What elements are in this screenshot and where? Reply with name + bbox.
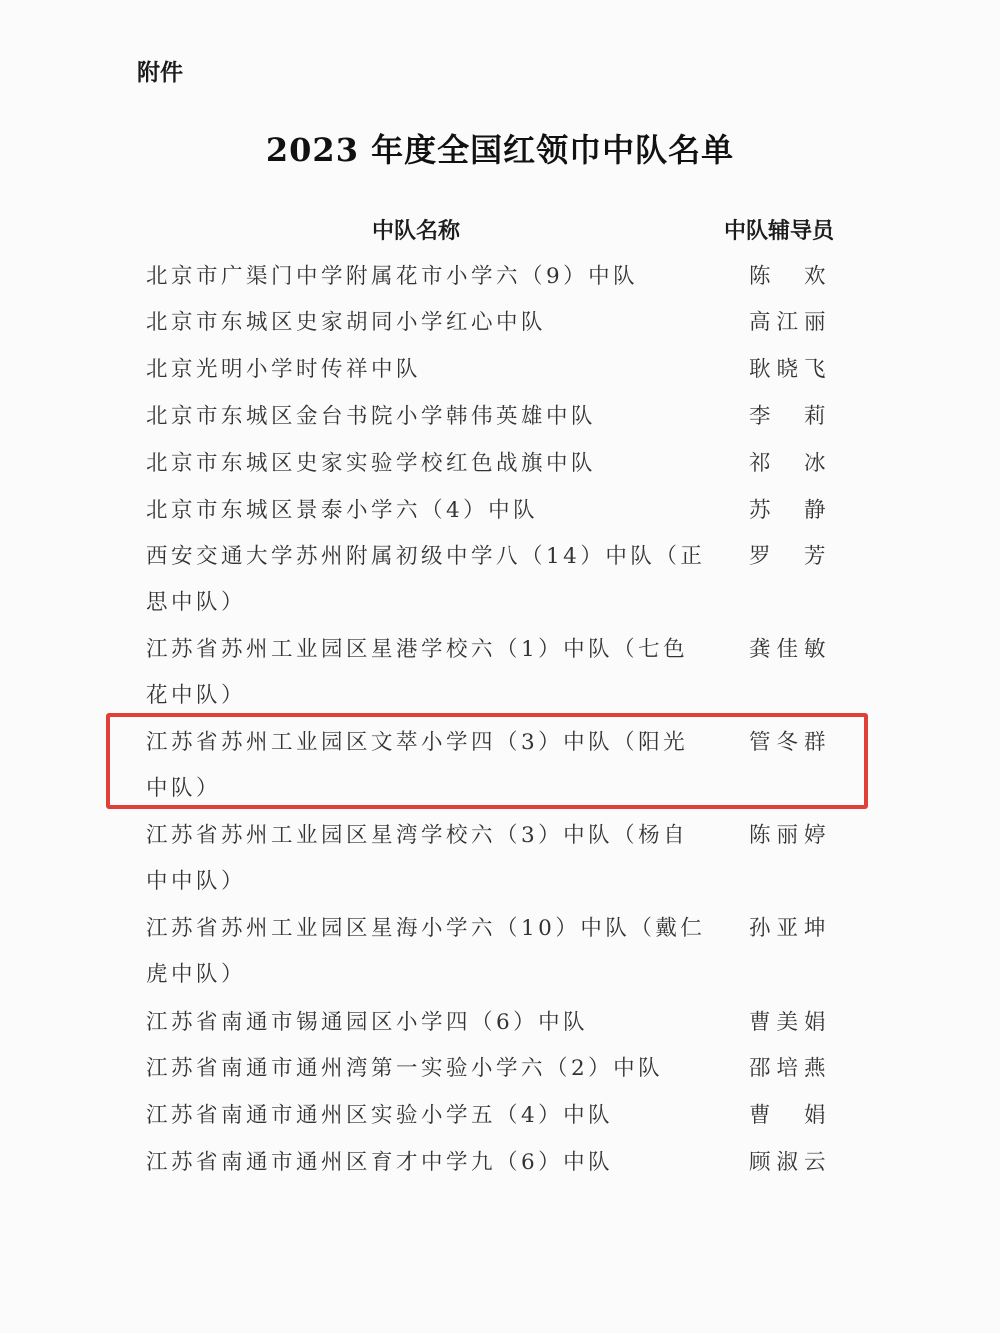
team-leader: 顾淑云 — [749, 1140, 829, 1186]
team-name: 江苏省苏州工业园区星海小学六（10）中队（戴仁虎中队） — [146, 906, 706, 998]
team-leader: 曹美娟 — [749, 1000, 829, 1046]
team-leader: 龚佳敏 — [749, 627, 829, 673]
team-name: 江苏省苏州工业园区星湾学校六（3）中队（杨自中中队） — [146, 813, 706, 905]
attachment-label: 附件 — [137, 54, 183, 87]
team-leader: 孙亚坤 — [749, 906, 829, 952]
team-name: 江苏省南通市通州区实验小学五（4）中队 — [146, 1093, 706, 1139]
team-name: 江苏省苏州工业园区星港学校六（1）中队（七色花中队） — [146, 627, 706, 719]
team-name: 江苏省南通市通州区育才中学九（6）中队 — [146, 1140, 706, 1186]
team-leader: 陈欢 — [749, 254, 829, 300]
team-name: 西安交通大学苏州附属初级中学八（14）中队（正思中队） — [146, 534, 706, 626]
document-title: 2023 年度全国红领巾中队名单 — [0, 125, 1000, 171]
highlight-box — [106, 713, 868, 809]
team-leader: 陈丽婷 — [749, 813, 829, 859]
column-header-leader: 中队辅导员 — [724, 214, 834, 245]
team-leader: 耿晓飞 — [749, 347, 829, 393]
team-leader: 罗芳 — [749, 534, 829, 580]
column-header-team-name: 中队名称 — [372, 214, 460, 245]
team-name: 江苏省南通市通州湾第一实验小学六（2）中队 — [146, 1046, 706, 1092]
team-name: 北京市东城区史家胡同小学红心中队 — [146, 300, 706, 346]
team-leader: 苏静 — [749, 488, 829, 534]
team-name: 北京光明小学时传祥中队 — [146, 347, 706, 393]
team-leader: 李莉 — [749, 394, 829, 440]
team-name: 北京市东城区史家实验学校红色战旗中队 — [146, 441, 706, 487]
team-leader: 祁冰 — [749, 441, 829, 487]
team-leader: 邵培燕 — [749, 1046, 829, 1092]
team-leader: 曹娟 — [749, 1093, 829, 1139]
team-name: 北京市东城区金台书院小学韩伟英雄中队 — [146, 394, 706, 440]
team-name: 北京市东城区景泰小学六（4）中队 — [146, 488, 706, 534]
team-name: 北京市广渠门中学附属花市小学六（9）中队 — [146, 254, 706, 300]
team-name: 江苏省南通市锡通园区小学四（6）中队 — [146, 1000, 706, 1046]
team-leader: 高江丽 — [749, 300, 829, 346]
